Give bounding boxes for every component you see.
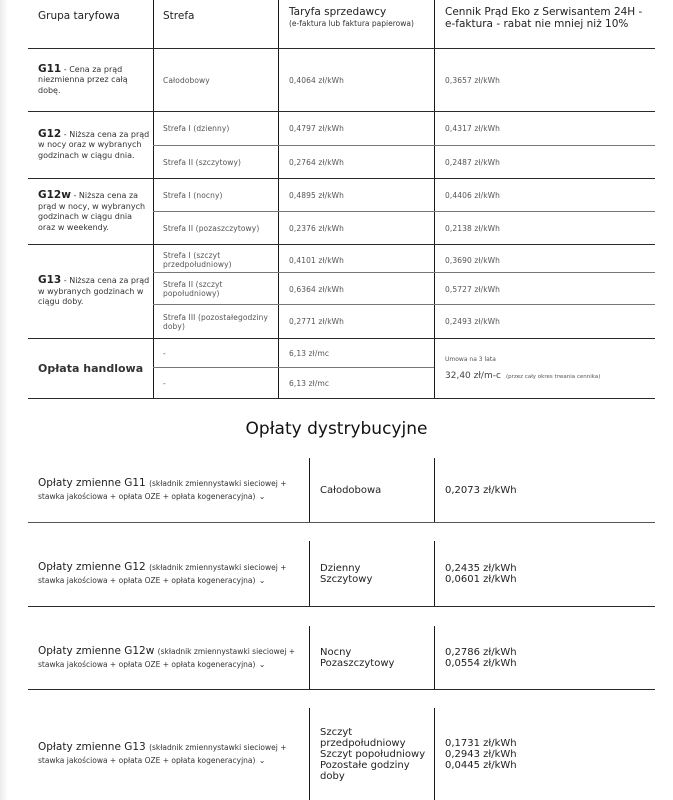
zone-cell: Strefa I (szczyt przedpołudniowy) — [163, 245, 275, 275]
col-divider — [309, 541, 310, 607]
group-code: G12w — [38, 189, 71, 201]
row-divider — [28, 522, 655, 523]
zone-cell: Strefa I (nocny) — [163, 179, 275, 211]
col-divider — [309, 708, 310, 800]
eco-trade-fee-note: Umowa na 3 lata 32,40 zł/m-c (przez cały… — [445, 339, 655, 398]
dist-zones: Nocny Pozaszczytowy — [320, 626, 432, 690]
col-divider — [434, 458, 435, 522]
header-seller-tariff-title: Taryfa sprzedawcy — [289, 6, 386, 18]
zone-cell: - — [163, 368, 275, 398]
group-code: G12 — [38, 128, 61, 140]
row-divider — [28, 606, 655, 607]
eco-price: 0,3657 zł/kWh — [445, 49, 645, 111]
group-g11: G11 - Cena za prąd niezmienna przez całą… — [38, 49, 150, 111]
row-divider — [28, 398, 655, 399]
eco-price: 0,5727 zł/kWh — [445, 273, 645, 305]
zone-cell: Strefa II (szczytowy) — [163, 146, 275, 178]
dist-values: 0,2435 zł/kWh 0,0601 zł/kWh — [445, 541, 645, 607]
zone-cell: Całodobowy — [163, 49, 275, 111]
header-group: Grupa taryfowa — [38, 0, 150, 32]
dist-zones: Całodobowa — [320, 458, 432, 522]
group-code: G11 — [38, 63, 61, 75]
header-zone: Strefa — [163, 0, 275, 32]
col-divider — [309, 626, 310, 690]
col-divider — [434, 626, 435, 690]
header-seller-tariff-sub: (e-faktura lub faktura papierowa) — [289, 19, 434, 28]
dist-row-g13[interactable]: Opłaty zmienne G13 (składnik zmiennystaw… — [38, 708, 306, 800]
seller-price: 6,13 zł/mc — [289, 339, 429, 368]
dist-label: Opłaty zmienne G12 — [38, 561, 146, 573]
zone-cell: - — [163, 339, 275, 368]
group-g13: G13 - Niższa cena za prąd w wybranych go… — [38, 245, 150, 338]
dist-row-g11[interactable]: Opłaty zmienne G11 (składnik zmiennystaw… — [38, 458, 306, 522]
chevron-down-icon[interactable]: ⌄ — [259, 490, 266, 503]
chevron-down-icon[interactable]: ⌄ — [259, 574, 266, 587]
group-code: G13 — [38, 274, 61, 286]
col-divider — [309, 458, 310, 522]
trade-fee-label: Opłata handlowa — [38, 339, 150, 398]
zone-cell: Strefa II (pozaszczytowy) — [163, 212, 275, 244]
distribution-title: Opłaty dystrybucyjne — [0, 419, 673, 439]
seller-price: 0,4101 zł/kWh — [289, 245, 429, 275]
eco-trade-fee-period: (przez cały okres trwania cennika) — [506, 374, 600, 380]
seller-price: 0,6364 zł/kWh — [289, 273, 429, 305]
eco-trade-fee-price: 32,40 zł/m-c — [445, 371, 501, 381]
col-divider — [434, 708, 435, 800]
zone-cell: Strefa II (szczyt popołudniowy) — [163, 273, 275, 305]
group-g12w: G12w - Niższa cena za prąd w nocy, w wyb… — [38, 179, 150, 244]
row-divider — [28, 689, 655, 690]
header-eco-price: Cennik Prąd Eko z Serwisantem 24H - e-fa… — [445, 6, 645, 30]
dist-zones: Szczyt przedpołudniowy Szczyt popołudnio… — [320, 708, 432, 800]
eco-price: 0,2138 zł/kWh — [445, 212, 645, 244]
seller-price: 0,4797 zł/kWh — [289, 112, 429, 144]
header-seller-tariff: Taryfa sprzedawcy (e-faktura lub faktura… — [289, 6, 434, 28]
eco-price: 0,4406 zł/kWh — [445, 179, 645, 211]
dist-row-g12[interactable]: Opłaty zmienne G12 (składnik zmiennystaw… — [38, 541, 306, 607]
dist-values: 0,2073 zł/kWh — [445, 458, 645, 522]
dist-zones: Dzienny Szczytowy — [320, 541, 432, 607]
seller-price: 0,2764 zł/kWh — [289, 146, 429, 178]
dist-label: Opłaty zmienne G12w — [38, 645, 154, 657]
chevron-down-icon[interactable]: ⌄ — [259, 754, 266, 767]
dist-values: 0,1731 zł/kWh 0,2943 zł/kWh 0,0445 zł/kW… — [445, 708, 645, 800]
eco-price: 0,4317 zł/kWh — [445, 112, 645, 144]
contract-term: Umowa na 3 lata — [445, 356, 600, 363]
eco-price: 0,3690 zł/kWh — [445, 245, 645, 275]
dist-row-g12w[interactable]: Opłaty zmienne G12w (składnik zmiennysta… — [38, 626, 306, 690]
seller-price: 0,2376 zł/kWh — [289, 212, 429, 244]
zone-cell: Strefa I (dzienny) — [163, 112, 275, 144]
seller-price: 0,4064 zł/kWh — [289, 49, 429, 111]
dist-label: Opłaty zmienne G11 — [38, 477, 146, 489]
group-g12: G12 - Niższa cena za prąd w nocy oraz w … — [38, 112, 150, 178]
page-edge-shadow — [0, 0, 8, 800]
dist-values: 0,2786 zł/kWh 0,0554 zł/kWh — [445, 626, 645, 690]
seller-price: 0,2771 zł/kWh — [289, 305, 429, 338]
seller-price: 6,13 zł/mc — [289, 368, 429, 398]
chevron-down-icon[interactable]: ⌄ — [259, 658, 266, 671]
zone-cell: Strefa III (pozostałegodziny doby) — [163, 305, 275, 338]
eco-price: 0,2493 zł/kWh — [445, 305, 645, 338]
dist-label: Opłaty zmienne G13 — [38, 741, 146, 753]
col-divider — [434, 541, 435, 607]
seller-price: 0,4895 zł/kWh — [289, 179, 429, 211]
eco-price: 0,2487 zł/kWh — [445, 146, 645, 178]
